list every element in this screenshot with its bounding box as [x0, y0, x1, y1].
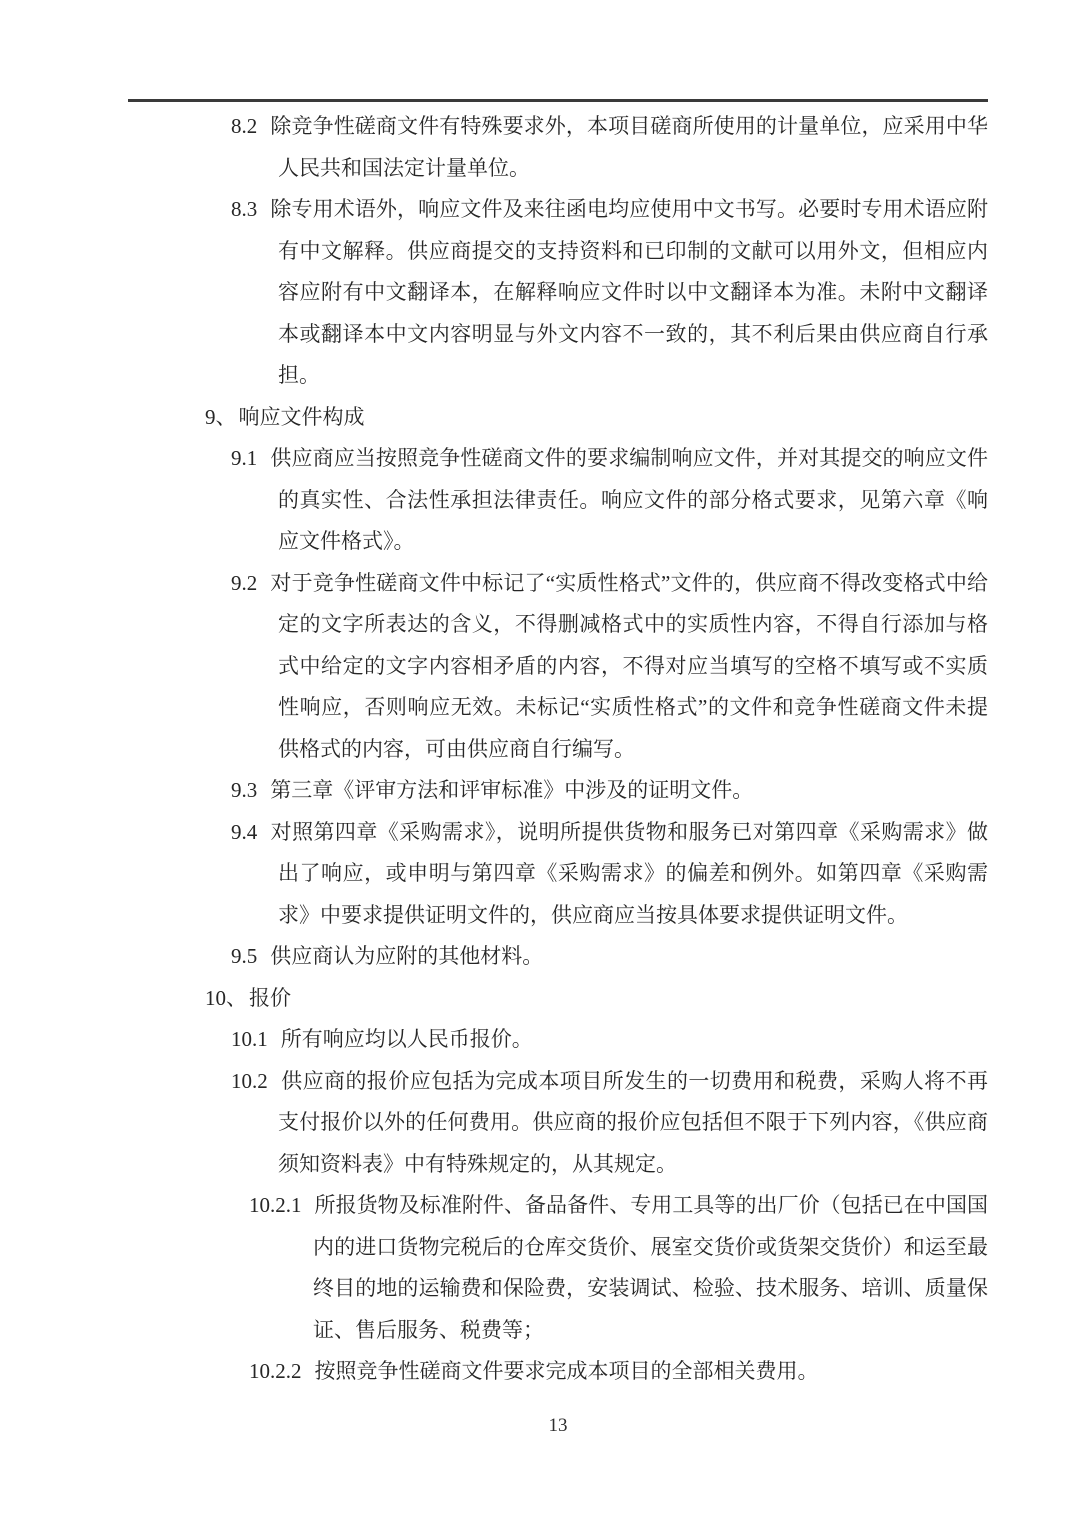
clause-number: 9.1: [231, 446, 257, 470]
clause-number: 10.2.2: [249, 1359, 302, 1383]
heading-9: 9、响应文件构成: [128, 397, 988, 439]
clause-text: 对照第四章《采购需求》，说明所提供货物和服务已对第四章《采购需求》做出了响应，或…: [270, 820, 988, 927]
clause-text: 按照竞争性磋商文件要求完成本项目的全部相关费用。: [315, 1359, 819, 1383]
heading-10: 10、报价: [128, 978, 988, 1020]
page-number: 13: [128, 1415, 988, 1437]
clause-number: 9、: [205, 405, 237, 429]
clause-number: 10.2: [231, 1069, 268, 1093]
clause-text: 供应商认为应附的其他材料。: [270, 944, 543, 968]
clause-number: 10.1: [231, 1027, 268, 1051]
clause-text: 对于竞争性磋商文件中标记了“实质性格式”文件的，供应商不得改变格式中给定的文字所…: [270, 571, 988, 761]
clause-text: 除竞争性磋商文件有特殊要求外，本项目磋商所使用的计量单位，应采用中华人民共和国法…: [270, 114, 988, 180]
clause-text: 供应商应当按照竞争性磋商文件的要求编制响应文件，并对其提交的响应文件的真实性、合…: [270, 446, 988, 553]
clause-10-2: 10.2供应商的报价应包括为完成本项目所发生的一切费用和税费，采购人将不再支付报…: [128, 1061, 988, 1186]
clause-number: 9.2: [231, 571, 257, 595]
header-rule: [128, 99, 988, 102]
clause-text: 所报货物及标准附件、备品备件、专用工具等的出厂价（包括已在中国国内的进口货物完税…: [313, 1193, 988, 1342]
clause-number: 10、: [205, 986, 247, 1010]
document-page: 8.2除竞争性磋商文件有特殊要求外，本项目磋商所使用的计量单位，应采用中华人民共…: [0, 0, 1080, 1527]
clause-number: 9.3: [231, 778, 257, 802]
clause-number: 9.5: [231, 944, 257, 968]
clause-text: 供应商的报价应包括为完成本项目所发生的一切费用和税费，采购人将不再支付报价以外的…: [278, 1069, 988, 1176]
clause-text: 报价: [249, 986, 291, 1010]
clause-text: 第三章《评审方法和评审标准》中涉及的证明文件。: [270, 778, 753, 802]
clause-10-1: 10.1所有响应均以人民币报价。: [128, 1019, 988, 1061]
document-body: 8.2除竞争性磋商文件有特殊要求外，本项目磋商所使用的计量单位，应采用中华人民共…: [128, 106, 988, 1393]
clause-9-3: 9.3第三章《评审方法和评审标准》中涉及的证明文件。: [128, 770, 988, 812]
clause-10-2-1: 10.2.1所报货物及标准附件、备品备件、专用工具等的出厂价（包括已在中国国内的…: [128, 1185, 988, 1351]
clause-8-3: 8.3除专用术语外，响应文件及来往函电均应使用中文书写。必要时专用术语应附有中文…: [128, 189, 988, 397]
clause-9-1: 9.1供应商应当按照竞争性磋商文件的要求编制响应文件，并对其提交的响应文件的真实…: [128, 438, 988, 563]
clause-number: 8.2: [231, 114, 257, 138]
clause-text: 所有响应均以人民币报价。: [281, 1027, 533, 1051]
clause-8-2: 8.2除竞争性磋商文件有特殊要求外，本项目磋商所使用的计量单位，应采用中华人民共…: [128, 106, 988, 189]
clause-10-2-2: 10.2.2按照竞争性磋商文件要求完成本项目的全部相关费用。: [128, 1351, 988, 1393]
clause-number: 10.2.1: [249, 1193, 302, 1217]
clause-number: 8.3: [231, 197, 257, 221]
clause-9-5: 9.5供应商认为应附的其他材料。: [128, 936, 988, 978]
clause-text: 响应文件构成: [239, 405, 365, 429]
clause-number: 9.4: [231, 820, 257, 844]
clause-9-4: 9.4对照第四章《采购需求》，说明所提供货物和服务已对第四章《采购需求》做出了响…: [128, 812, 988, 937]
clause-text: 除专用术语外，响应文件及来往函电均应使用中文书写。必要时专用术语应附有中文解释。…: [270, 197, 988, 387]
clause-9-2: 9.2对于竞争性磋商文件中标记了“实质性格式”文件的，供应商不得改变格式中给定的…: [128, 563, 988, 771]
